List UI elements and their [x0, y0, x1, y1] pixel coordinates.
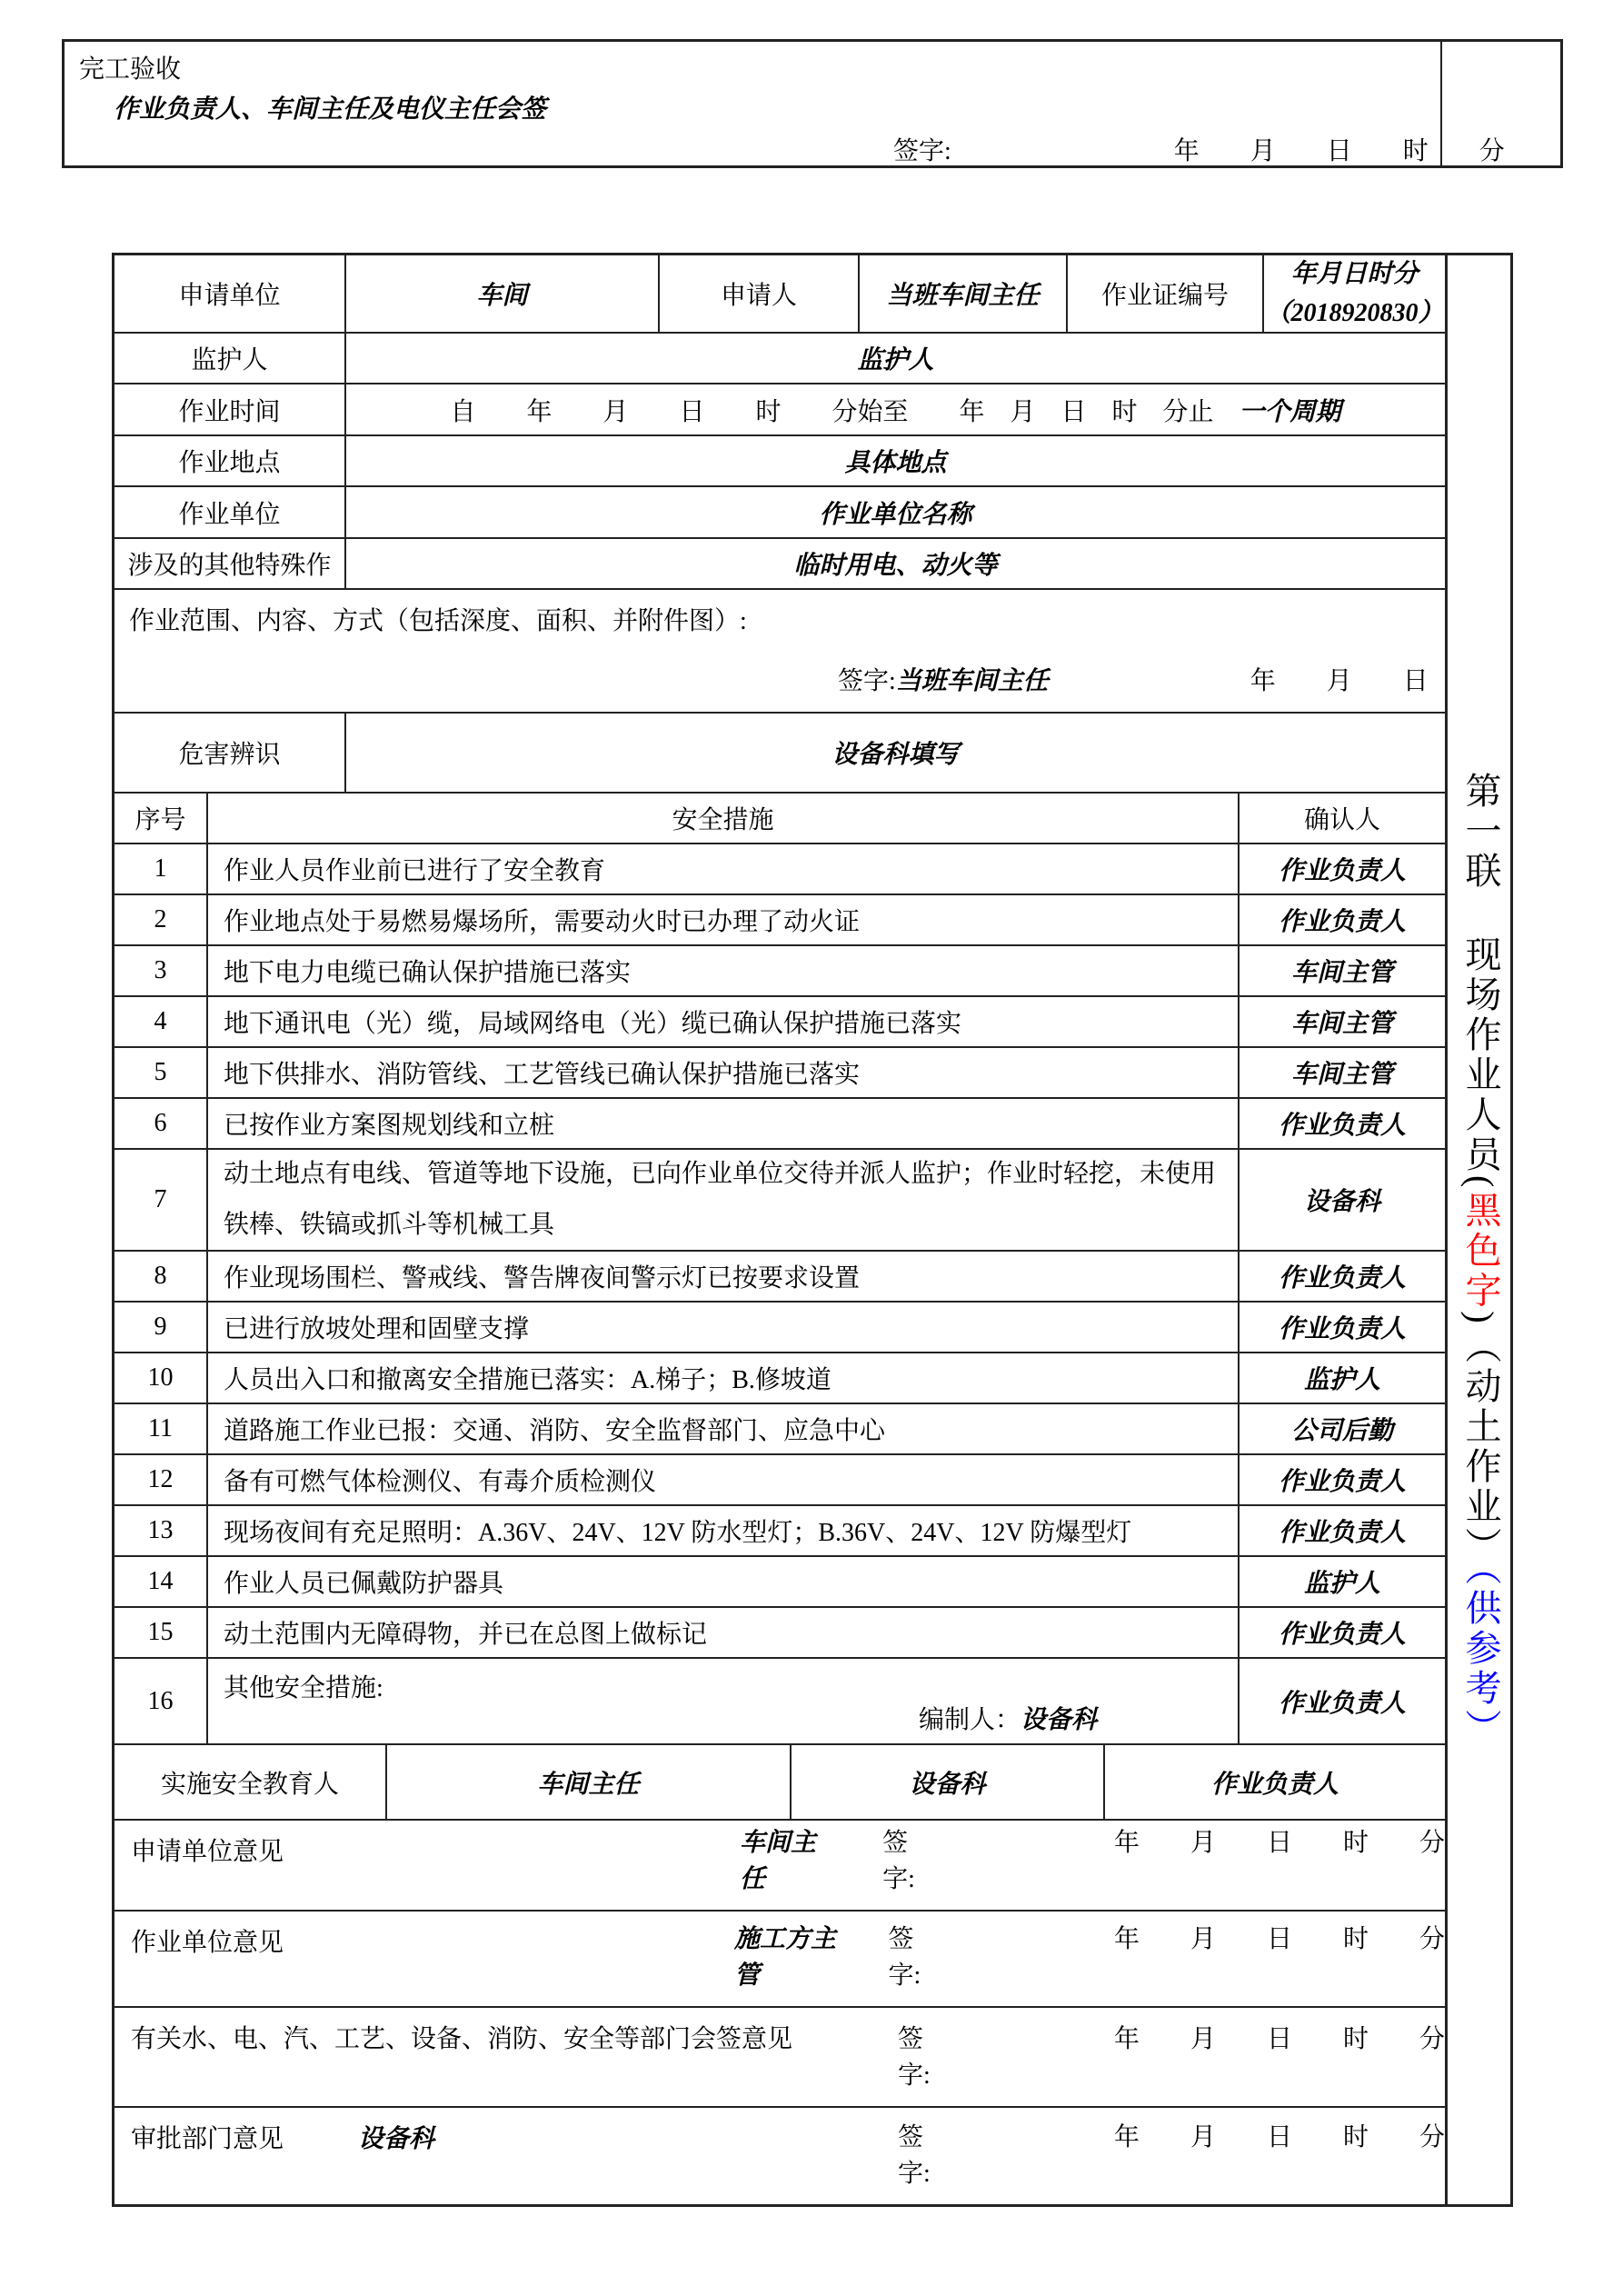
row-hazard-id: 危害辨识 设备科填写	[115, 714, 1445, 794]
measure-text: 动土地点有电线、管道等地下设施，已向作业单位交待并派人监护；作业时轻挖，未使用铁…	[208, 1150, 1240, 1250]
measure-no: 12	[115, 1455, 208, 1504]
work-scope-signer: 当班车间主任	[896, 661, 1049, 697]
opinion-apply-date: 年 月 日 时 分	[1114, 1822, 1445, 1895]
opinion-work-sign-label: 签字:	[888, 1919, 937, 1992]
work-scope-sign-label: 签字:	[838, 661, 896, 697]
measures-header-confirm: 确认人	[1240, 794, 1445, 843]
sidebar-copy-number: 第一联	[1460, 772, 1501, 892]
measures-header-text: 安全措施	[208, 794, 1240, 843]
main-area: 申请单位 车间 申请人 当班车间主任 作业证编号 年月日时分 （20189208…	[112, 253, 1513, 2207]
measure-row-1: 1 作业人员作业前已进行了安全教育 作业负责人	[115, 844, 1445, 895]
other-special-work-label: 涉及的其他特殊作	[115, 539, 346, 588]
completion-sign-date: 年 月 日 时 分	[1174, 131, 1505, 167]
measure-no: 16	[115, 1659, 208, 1743]
opinion-approve-sign-label: 签字:	[898, 2117, 937, 2190]
row-guardian: 监护人 监护人	[115, 334, 1445, 384]
measure-row-13: 13 现场夜间有充足照明：A.36V、24V、12V 防水型灯；B.36V、24…	[115, 1506, 1445, 1557]
measure-text: 已按作业方案图规划线和立桩	[208, 1099, 1240, 1148]
measure-no: 13	[115, 1506, 208, 1555]
work-scope-sign-date: 年 月 日	[1250, 661, 1429, 697]
measure-confirm: 作业负责人	[1240, 895, 1445, 944]
measure-row-15: 15 动土范围内无障碍物，并已在总图上做标记 作业负责人	[115, 1608, 1445, 1659]
measure-confirm: 作业负责人	[1240, 844, 1445, 893]
measure-no: 15	[115, 1608, 208, 1657]
measure-confirm: 作业负责人	[1240, 1659, 1445, 1743]
measure-row-11: 11 道路施工作业已报：交通、消防、安全监督部门、应急中心 公司后勤	[115, 1404, 1445, 1455]
permit-no-label: 作业证编号	[1068, 255, 1264, 332]
measure-text: 作业地点处于易燃易爆场所，需要动火时已办理了动火证	[208, 895, 1240, 944]
guardian-value: 监护人	[346, 334, 1445, 383]
completion-subtitle: 作业负责人、车间主任及电仪主任会签	[114, 89, 546, 125]
measure-confirm: 作业负责人	[1240, 1099, 1445, 1148]
measure-text: 现场夜间有充足照明：A.36V、24V、12V 防水型灯；B.36V、24V、1…	[208, 1506, 1240, 1555]
sidebar-black-text-note: 黑色字	[1460, 1191, 1501, 1311]
opinion-depts-row: 有关水、电、汽、工艺、设备、消防、安全等部门会签意见 签字: 年 月 日 时 分	[115, 2008, 1445, 2108]
measure-text: 备有可燃气体检测仪、有毒介质检测仪	[208, 1455, 1240, 1504]
measure-text: 作业人员作业前已进行了安全教育	[208, 844, 1240, 893]
completion-title: 完工验收	[79, 49, 181, 85]
row-work-unit: 作业单位 作业单位名称	[115, 487, 1445, 539]
permit-form-table: 申请单位 车间 申请人 当班车间主任 作业证编号 年月日时分 （20189208…	[112, 253, 1448, 2207]
hazard-id-value: 设备科填写	[346, 714, 1445, 792]
work-time-value: 自 年 月 日 时 分始至 年 月 日 时 分止 一个周期	[346, 384, 1445, 434]
measure-text: 地下电力电缆已确认保护措施已落实	[208, 946, 1240, 995]
applicant-label: 申请人	[660, 255, 860, 332]
measure-confirm: 车间主管	[1240, 946, 1445, 995]
opinion-approve-sign-line: 签字: 年 月 日 时 分	[115, 2117, 1445, 2190]
applicant-value: 当班车间主任	[860, 255, 1068, 332]
measure-row-9: 9 已进行放坡处理和固壁支撑 作业负责人	[115, 1303, 1445, 1353]
applicant-unit-value: 车间	[346, 255, 660, 332]
measures-header-no: 序号	[115, 794, 208, 843]
measure-row-7: 7 动土地点有电线、管道等地下设施，已向作业单位交待并派人监护；作业时轻挖，未使…	[115, 1150, 1445, 1252]
prepared-by-line: 编制人：设备科	[919, 1700, 1097, 1736]
opinion-apply-sign-label: 签字:	[882, 1822, 937, 1895]
measure-no: 6	[115, 1099, 208, 1148]
measure-confirm: 车间主管	[1240, 997, 1445, 1046]
measure-confirm: 设备科	[1240, 1150, 1445, 1250]
prepared-by-label: 编制人：	[919, 1706, 1021, 1734]
measure-text: 地下通讯电（光）缆，局域网络电（光）缆已确认保护措施已落实	[208, 997, 1240, 1046]
work-time-period: 一个周期	[1240, 392, 1341, 428]
sidebar-holder-text: 现场作业人员(	[1460, 935, 1501, 1191]
row-work-scope: 作业范围、内容、方式（包括深度、面积、并附件图）: 签字: 当班车间主任 年 月…	[115, 590, 1445, 714]
safety-education-v3: 作业负责人	[1105, 1745, 1445, 1819]
other-measures-label: 其他安全措施:	[224, 1668, 383, 1704]
measure-row-12: 12 备有可燃气体检测仪、有毒介质检测仪 作业负责人	[115, 1455, 1445, 1506]
work-time-label: 作业时间	[115, 384, 346, 434]
opinion-approve-row: 审批部门意见 设备科 签字: 年 月 日 时 分	[115, 2108, 1445, 2204]
measure-row-14: 14 作业人员已佩戴防护器具 监护人	[115, 1557, 1445, 1608]
completion-sign-label: 签字:	[893, 131, 951, 167]
measure-no: 11	[115, 1404, 208, 1453]
measure-confirm: 公司后勤	[1240, 1404, 1445, 1453]
opinion-work-row: 作业单位意见 施工方主管 签字: 年 月 日 时 分	[115, 1912, 1445, 2008]
measure-no: 4	[115, 997, 208, 1046]
measure-no: 2	[115, 895, 208, 944]
permit-no-number: （2018920830）	[1265, 294, 1443, 333]
row-other-special-work: 涉及的其他特殊作 临时用电、动火等	[115, 539, 1445, 590]
measure-confirm: 作业负责人	[1240, 1506, 1445, 1555]
measure-confirm: 作业负责人	[1240, 1252, 1445, 1301]
completion-box: 完工验收 作业负责人、车间主任及电仪主任会签 签字: 年 月 日 时 分	[62, 39, 1563, 168]
measure-confirm: 作业负责人	[1240, 1455, 1445, 1504]
measure-text: 人员出入口和撤离安全措施已落实：A.梯子；B.修坡道	[208, 1353, 1240, 1403]
work-location-value: 具体地点	[346, 436, 1445, 485]
measure-no: 8	[115, 1252, 208, 1301]
measure-no: 1	[115, 844, 208, 893]
opinion-work-signer: 施工方主管	[734, 1919, 841, 1992]
work-time-text: 自 年 月 日 时 分始至 年 月 日 时 分止	[450, 392, 1213, 428]
measure-row-10: 10 人员出入口和撤离安全措施已落实：A.梯子；B.修坡道 监护人	[115, 1353, 1445, 1404]
measure-no: 10	[115, 1353, 208, 1403]
opinion-apply-sign-line: 车间主任 签字: 年 月 日 时 分	[115, 1822, 1445, 1895]
measure-row-6: 6 已按作业方案图规划线和立桩 作业负责人	[115, 1099, 1445, 1150]
measure-row-5: 5 地下供排水、消防管线、工艺管线已确认保护措施已落实 车间主管	[115, 1048, 1445, 1099]
safety-education-label: 实施安全教育人	[115, 1745, 387, 1819]
applicant-unit-label: 申请单位	[115, 255, 346, 332]
opinion-apply-row: 申请单位意见 车间主任 签字: 年 月 日 时 分	[115, 1821, 1445, 1912]
sidebar-reference-note: （供参考）	[1460, 1567, 1501, 1749]
measure-text: 作业现场围栏、警戒线、警告牌夜间警示灯已按要求设置	[208, 1252, 1240, 1301]
row-work-time: 作业时间 自 年 月 日 时 分始至 年 月 日 时 分止 一个周期	[115, 384, 1445, 436]
measure-row-16: 16 其他安全措施: 编制人：设备科 作业负责人	[115, 1659, 1445, 1745]
measure-text: 已进行放坡处理和固壁支撑	[208, 1303, 1240, 1352]
hazard-id-label: 危害辨识	[115, 714, 346, 792]
copy-sidebar: 第一联现场作业人员(黑色字)（动土作业）（供参考）	[1448, 253, 1513, 2207]
measure-text: 其他安全措施: 编制人：设备科	[208, 1659, 1240, 1743]
measures-header-row: 序号 安全措施 确认人	[115, 794, 1445, 844]
measure-confirm: 作业负责人	[1240, 1608, 1445, 1657]
measure-no: 9	[115, 1303, 208, 1352]
prepared-by-value: 设备科	[1021, 1706, 1097, 1734]
other-special-work-value: 临时用电、动火等	[346, 539, 1445, 588]
measure-row-8: 8 作业现场围栏、警戒线、警告牌夜间警示灯已按要求设置 作业负责人	[115, 1252, 1445, 1303]
safety-education-v1: 车间主任	[387, 1745, 792, 1819]
measure-no: 7	[115, 1150, 208, 1250]
safety-education-row: 实施安全教育人 车间主任 设备科 作业负责人	[115, 1745, 1445, 1821]
measure-text: 作业人员已佩戴防护器具	[208, 1557, 1240, 1606]
work-location-label: 作业地点	[115, 436, 346, 485]
work-scope-title: 作业范围、内容、方式（包括深度、面积、并附件图）:	[129, 601, 747, 637]
measure-row-4: 4 地下通讯电（光）缆，局域网络电（光）缆已确认保护措施已落实 车间主管	[115, 997, 1445, 1048]
safety-education-v2: 设备科	[792, 1745, 1105, 1819]
row-applicant: 申请单位 车间 申请人 当班车间主任 作业证编号 年月日时分 （20189208…	[115, 255, 1445, 334]
opinion-work-sign-line: 施工方主管 签字: 年 月 日 时 分	[115, 1919, 1445, 1992]
measure-no: 3	[115, 946, 208, 995]
opinion-work-date: 年 月 日 时 分	[1114, 1919, 1445, 1992]
opinion-apply-signer: 车间主任	[740, 1822, 835, 1895]
measure-row-2: 2 作业地点处于易燃易爆场所，需要动火时已办理了动火证 作业负责人	[115, 895, 1445, 946]
measure-no: 14	[115, 1557, 208, 1606]
sidebar-work-type: )（动土作业）	[1460, 1311, 1501, 1566]
work-unit-label: 作业单位	[115, 487, 346, 537]
opinion-approve-date: 年 月 日 时 分	[1114, 2117, 1445, 2190]
measure-confirm: 车间主管	[1240, 1048, 1445, 1097]
measure-text: 地下供排水、消防管线、工艺管线已确认保护措施已落实	[208, 1048, 1240, 1097]
guardian-label: 监护人	[115, 334, 346, 383]
opinion-depts-sign-line: 签字: 年 月 日 时 分	[115, 2019, 1445, 2091]
measure-text: 动土范围内无障碍物，并已在总图上做标记	[208, 1608, 1240, 1657]
completion-sign-line: 签字: 年 月 日 时 分	[893, 131, 1505, 167]
measure-confirm: 监护人	[1240, 1557, 1445, 1606]
permit-no-date: 年月日时分	[1290, 255, 1418, 294]
opinion-depts-sign-label: 签字:	[898, 2019, 937, 2091]
row-work-location: 作业地点 具体地点	[115, 436, 1445, 487]
work-unit-value: 作业单位名称	[346, 487, 1445, 537]
measure-no: 5	[115, 1048, 208, 1097]
page: { "completion": { "title": "完工验收", "subt…	[0, 0, 1623, 2296]
work-scope-sign-line: 签字: 当班车间主任 年 月 日	[838, 661, 1429, 697]
measure-confirm: 监护人	[1240, 1353, 1445, 1403]
measure-text: 道路施工作业已报：交通、消防、安全监督部门、应急中心	[208, 1404, 1240, 1453]
permit-no-value: 年月日时分 （2018920830）	[1264, 255, 1445, 332]
measure-confirm: 作业负责人	[1240, 1303, 1445, 1352]
opinion-depts-date: 年 月 日 时 分	[1114, 2019, 1445, 2091]
measure-row-3: 3 地下电力电缆已确认保护措施已落实 车间主管	[115, 946, 1445, 997]
